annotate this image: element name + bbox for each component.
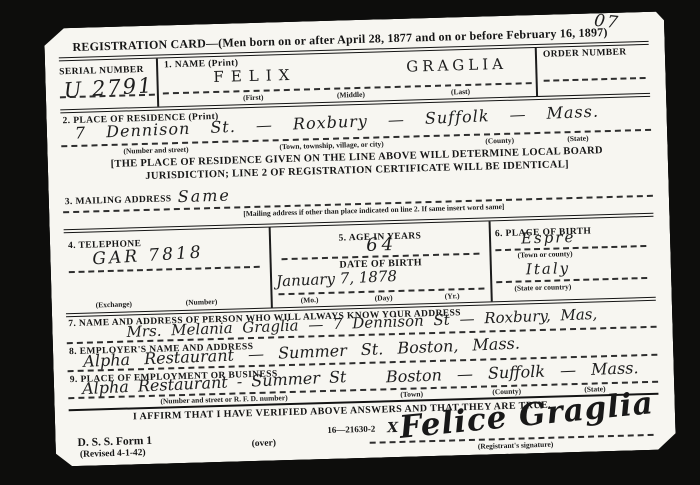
dob-sub-month: (Mo.) [301, 295, 319, 304]
form-revision: (Revised 4-1-42) [80, 448, 146, 460]
serial-number-cell: SERIAL NUMBER U 2791 [59, 59, 157, 110]
telephone-age-birth-row: 4. TELEPHONE GAR 7818 (Exchange) (Number… [64, 217, 656, 317]
residence-sub-street: (Number and street) [123, 145, 188, 156]
name-sub-first: (First) [243, 93, 264, 103]
birthplace-town-sublabel: (Town or county) [517, 249, 572, 260]
birthplace-country-sublabel: (State or country) [514, 282, 571, 293]
name-last-value: GRAGLIA [406, 57, 507, 75]
residence-sub-town: (Town, township, village, or city) [279, 139, 384, 151]
name-sub-middle: (Middle) [337, 90, 365, 100]
signature-x-mark: X [387, 421, 398, 435]
date-of-birth-value: January 7, 1878 [276, 269, 397, 289]
telephone-sub-exchange: (Exchange) [96, 299, 132, 309]
residence-sub-state: (State) [567, 134, 588, 144]
order-number-cell: ORDER NUMBER [537, 45, 650, 96]
telephone-value: GAR 7818 [92, 244, 204, 268]
order-number-label: ORDER NUMBER [543, 47, 627, 59]
birthplace-country-value: Italy [526, 261, 571, 277]
mailing-address-label: 3. MAILING ADDRESS [65, 194, 172, 207]
residence-sub-county: (County) [485, 136, 514, 146]
dotted-line [496, 277, 647, 283]
registration-card: 07 REGISTRATION CARD—(Men born on or aft… [44, 11, 676, 466]
employment-sub-county: (County) [492, 387, 521, 397]
dob-sub-day: (Day) [375, 293, 393, 302]
dob-sub-year: (Yr.) [445, 291, 460, 300]
name-sub-last: (Last) [451, 87, 470, 97]
corner-mark: 07 [594, 13, 621, 33]
form-number: D. S. S. Form 1 [77, 435, 152, 449]
birthplace-town-value: Espre [521, 230, 576, 247]
telephone-cell: 4. TELEPHONE GAR 7818 (Exchange) (Number… [64, 228, 271, 314]
birthplace-cell: 6. PLACE OF BIRTH Espre (Town or county)… [491, 217, 656, 302]
employment-sub-town: (Town) [400, 389, 423, 399]
dotted-line [544, 77, 646, 82]
name-first-value: FELIX [213, 68, 296, 85]
scanned-document-page: { "page": { "background": "#0d0d0c", "ca… [0, 0, 700, 485]
name-cell: 1. NAME (Print) FELIX GRAGLIA (First) (M… [156, 48, 538, 107]
age-cell: 5. AGE IN YEARS 64 DATE OF BIRTH January… [269, 221, 493, 307]
mailing-address-value: Same [178, 188, 232, 205]
over-note: (over) [252, 438, 277, 449]
signature-sublabel: (Registrant's signature) [478, 440, 554, 451]
age-value: 64 [366, 236, 397, 255]
telephone-sub-number: (Number) [186, 297, 218, 307]
print-code: 16—21630-2 [327, 424, 375, 435]
